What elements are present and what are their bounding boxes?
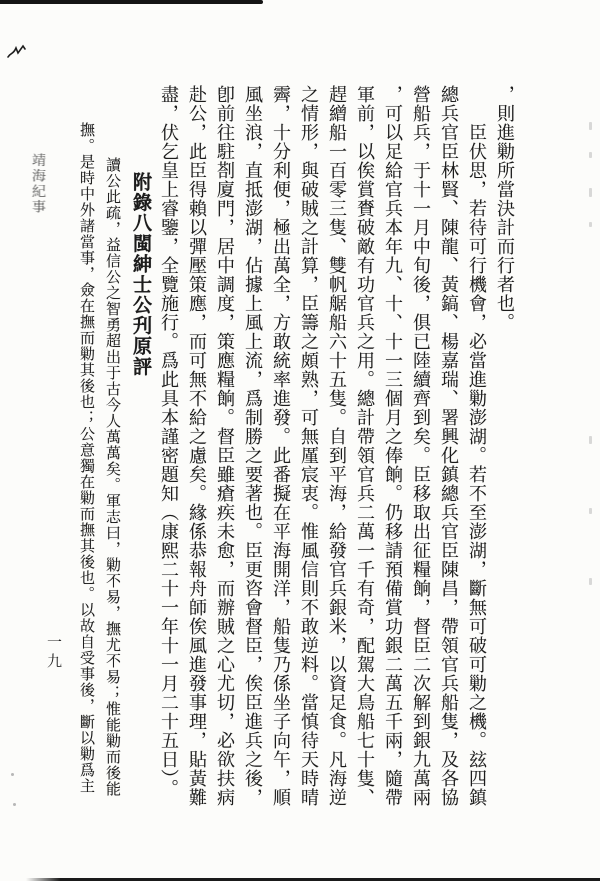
book-title-margin: 靖海紀事 <box>27 153 47 215</box>
page-bleed-mark <box>589 436 592 444</box>
memorial-text-block: ，則進勦所當決計而行者也。 臣伏思，若待可行機會，必當進勦澎湖。若不至澎湖，斷無… <box>73 85 519 830</box>
memorial-column: 營船兵，于十一月中旬後，俱已陸續齊到矣。臣移取出征糧餉，督臣二次解到銀九萬兩 <box>407 85 435 830</box>
page-bleed-mark <box>589 508 592 514</box>
memorial-column: 臣伏思，若待可行機會，必當進勦澎湖。若不至澎湖，斷無可破可勦之機。玆四鎮 <box>463 123 491 830</box>
memorial-column: 總兵官臣林賢、陳龍、黃鎬、楊嘉瑞、署興化鎮總兵官臣陳昌，帶領官兵船隻，及各協 <box>435 85 463 830</box>
page-number: 一九 <box>43 634 64 672</box>
ink-mark <box>7 43 27 61</box>
scan-speck <box>13 803 16 806</box>
memorial-column: 軍前，以俟賞賚破敵有功官兵之用。總計帶領官兵二萬一千有奇，配駕大鳥船七十隻、 <box>351 85 379 830</box>
page-bleed-mark <box>589 578 592 585</box>
page-bleed-mark <box>589 222 592 227</box>
memorial-column: 趕繒船一百零三隻、雙帆艍船六十五隻。自到平海，給發官兵銀米，以資足食。凡海逆 <box>323 85 351 830</box>
commentary-column: 撫。是時中外諸當事，僉在撫而勦其後也；公意獨在勦而撫其後也。以故自受事後，斷以勦… <box>73 122 99 830</box>
memorial-column: 霽，十分利便，極出萬全，方敢統率進發。此番擬在平海開洋，船隻乃係坐子向午，順 <box>267 85 295 830</box>
page-bleed-mark <box>589 152 592 158</box>
scan-artifact-top-bar <box>0 0 263 4</box>
memorial-column: 風坐浪，直抵澎湖，佔據上風上流，爲制勝之要著也。臣更咨會督臣，俟臣進兵之後， <box>239 85 267 830</box>
memorial-column: 赴公，此臣得賴以彈壓策應，而可無不給之慮矣。緣係恭報舟師俟風進發事理，貼黃難 <box>183 85 211 830</box>
memorial-column: 之情形，與破賊之計算，臣籌之頗熟，可無厪宸衷。惟風信則不敢逆料。當慎待天時晴 <box>295 85 323 830</box>
appendix-heading: 附錄八閩紳士公刋原評 <box>125 172 155 830</box>
page-bleed-mark <box>589 122 592 130</box>
commentary-column: 讀公此疏，益信公之智勇超出于古今人萬萬矣。軍志曰，勦不易，撫尤不易；惟能勦而後能 <box>99 157 125 830</box>
scanned-book-page: ，則進勦所當決計而行者也。 臣伏思，若待可行機會，必當進勦澎湖。若不至澎湖，斷無… <box>0 0 600 881</box>
memorial-column: ，則進勦所當決計而行者也。 <box>491 85 519 830</box>
memorial-column: 盡，伏乞皇上睿鑒，全覽施行。爲此具本謹密題知（康熙二十一年十一月二十五日）。 <box>155 85 183 830</box>
memorial-column: 卽前往駐剳廈門，居中調度，策應糧餉。督臣雖瘡疾未愈，而辦賊之心尤切，必欲扶病 <box>211 85 239 830</box>
scan-speck <box>11 773 14 776</box>
page-bleed-mark <box>589 188 592 197</box>
memorial-column: ，可以足給官兵本年九、十、十一三個月之俸餉。仍移請預備賞功銀二萬五千兩，隨帶 <box>379 85 407 830</box>
